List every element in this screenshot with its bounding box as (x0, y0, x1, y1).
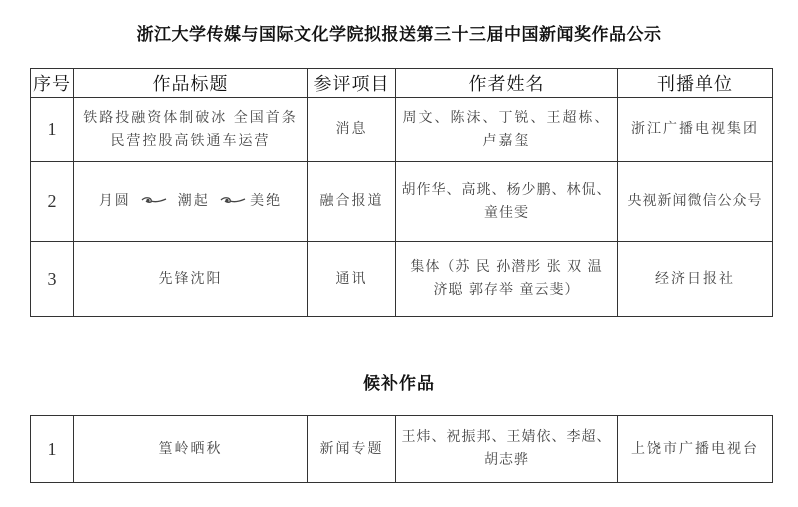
alternates-heading: 候补作品 (0, 369, 798, 394)
nominees-table: 序号 作品标题 参评项目 作者姓名 刊播单位 1 铁路投融资体制破冰 全国首条 … (30, 68, 773, 317)
alternate-publisher: 上饶市广播电视台 (618, 416, 773, 483)
eyebrow-icon (220, 196, 246, 206)
entry-authors: 胡作华、高珧、杨少鹏、林侃、 童佳雯 (396, 162, 618, 242)
entry-title: 月圆 潮起 美绝 (74, 162, 308, 242)
entry-authors-line: 胡作华、高珧、杨少鹏、林侃、 (398, 179, 615, 202)
column-header-category: 参评项目 (308, 69, 396, 98)
alternates-table: 1 篁岭晒秋 新闻专题 王炜、祝振邦、王婧依、李超、 胡志骅 上饶市广播电视台 (30, 415, 773, 483)
table-header-row: 序号 作品标题 参评项目 作者姓名 刊播单位 (31, 69, 773, 98)
entry-no: 2 (31, 162, 74, 242)
entry-category: 通讯 (308, 242, 396, 317)
entry-authors-line: 济聪 郭存举 童云斐） (398, 279, 615, 302)
alternate-authors: 王炜、祝振邦、王婧依、李超、 胡志骅 (396, 416, 618, 483)
alternate-category: 新闻专题 (308, 416, 396, 483)
document-title: 浙江大学传媒与国际文化学院拟报送第三十三届中国新闻奖作品公示 (0, 20, 798, 45)
table-row: 1 篁岭晒秋 新闻专题 王炜、祝振邦、王婧依、李超、 胡志骅 上饶市广播电视台 (31, 416, 773, 483)
entry-authors: 周文、陈沫、丁锐、王超栋、 卢嘉玺 (396, 98, 618, 162)
entry-publisher: 浙江广播电视集团 (618, 98, 773, 162)
table-row: 3 先锋沈阳 通讯 集体（苏 民 孙潜彤 张 双 温 济聪 郭存举 童云斐） 经… (31, 242, 773, 317)
entry-authors-line: 童佳雯 (398, 202, 615, 225)
alternate-authors-line: 胡志骅 (398, 449, 615, 472)
eyebrow-icon (141, 196, 167, 206)
entry-no: 1 (31, 98, 74, 162)
column-header-title: 作品标题 (74, 69, 308, 98)
column-header-no: 序号 (31, 69, 74, 98)
entry-publisher: 经济日报社 (618, 242, 773, 317)
entry-authors-line: 集体（苏 民 孙潜彤 张 双 温 (398, 256, 615, 279)
entry-title-line: 民营控股高铁通车运营 (76, 130, 305, 153)
entry-authors-line: 周文、陈沫、丁锐、王超栋、 (398, 107, 615, 130)
entry-title: 先锋沈阳 (74, 242, 308, 317)
table-row: 2 月圆 潮起 美绝 融合报道 胡作华、高珧、杨少鹏、林侃、 童佳雯 央视新闻微… (31, 162, 773, 242)
entry-no: 3 (31, 242, 74, 317)
entry-publisher: 央视新闻微信公众号 (618, 162, 773, 242)
entry-category: 融合报道 (308, 162, 396, 242)
entry-title-part: 月圆 (99, 193, 131, 209)
alternate-title: 篁岭晒秋 (74, 416, 308, 483)
entry-title-part: 美绝 (250, 193, 282, 209)
alternate-no: 1 (31, 416, 74, 483)
entry-title-line: 铁路投融资体制破冰 全国首条 (76, 107, 305, 130)
entry-category: 消息 (308, 98, 396, 162)
table-row: 1 铁路投融资体制破冰 全国首条 民营控股高铁通车运营 消息 周文、陈沫、丁锐、… (31, 98, 773, 162)
entry-title-part: 潮起 (178, 193, 210, 209)
column-header-authors: 作者姓名 (396, 69, 618, 98)
entry-title: 铁路投融资体制破冰 全国首条 民营控股高铁通车运营 (74, 98, 308, 162)
entry-authors: 集体（苏 民 孙潜彤 张 双 温 济聪 郭存举 童云斐） (396, 242, 618, 317)
column-header-publisher: 刊播单位 (618, 69, 773, 98)
entry-authors-line: 卢嘉玺 (398, 130, 615, 153)
alternate-authors-line: 王炜、祝振邦、王婧依、李超、 (398, 426, 615, 449)
